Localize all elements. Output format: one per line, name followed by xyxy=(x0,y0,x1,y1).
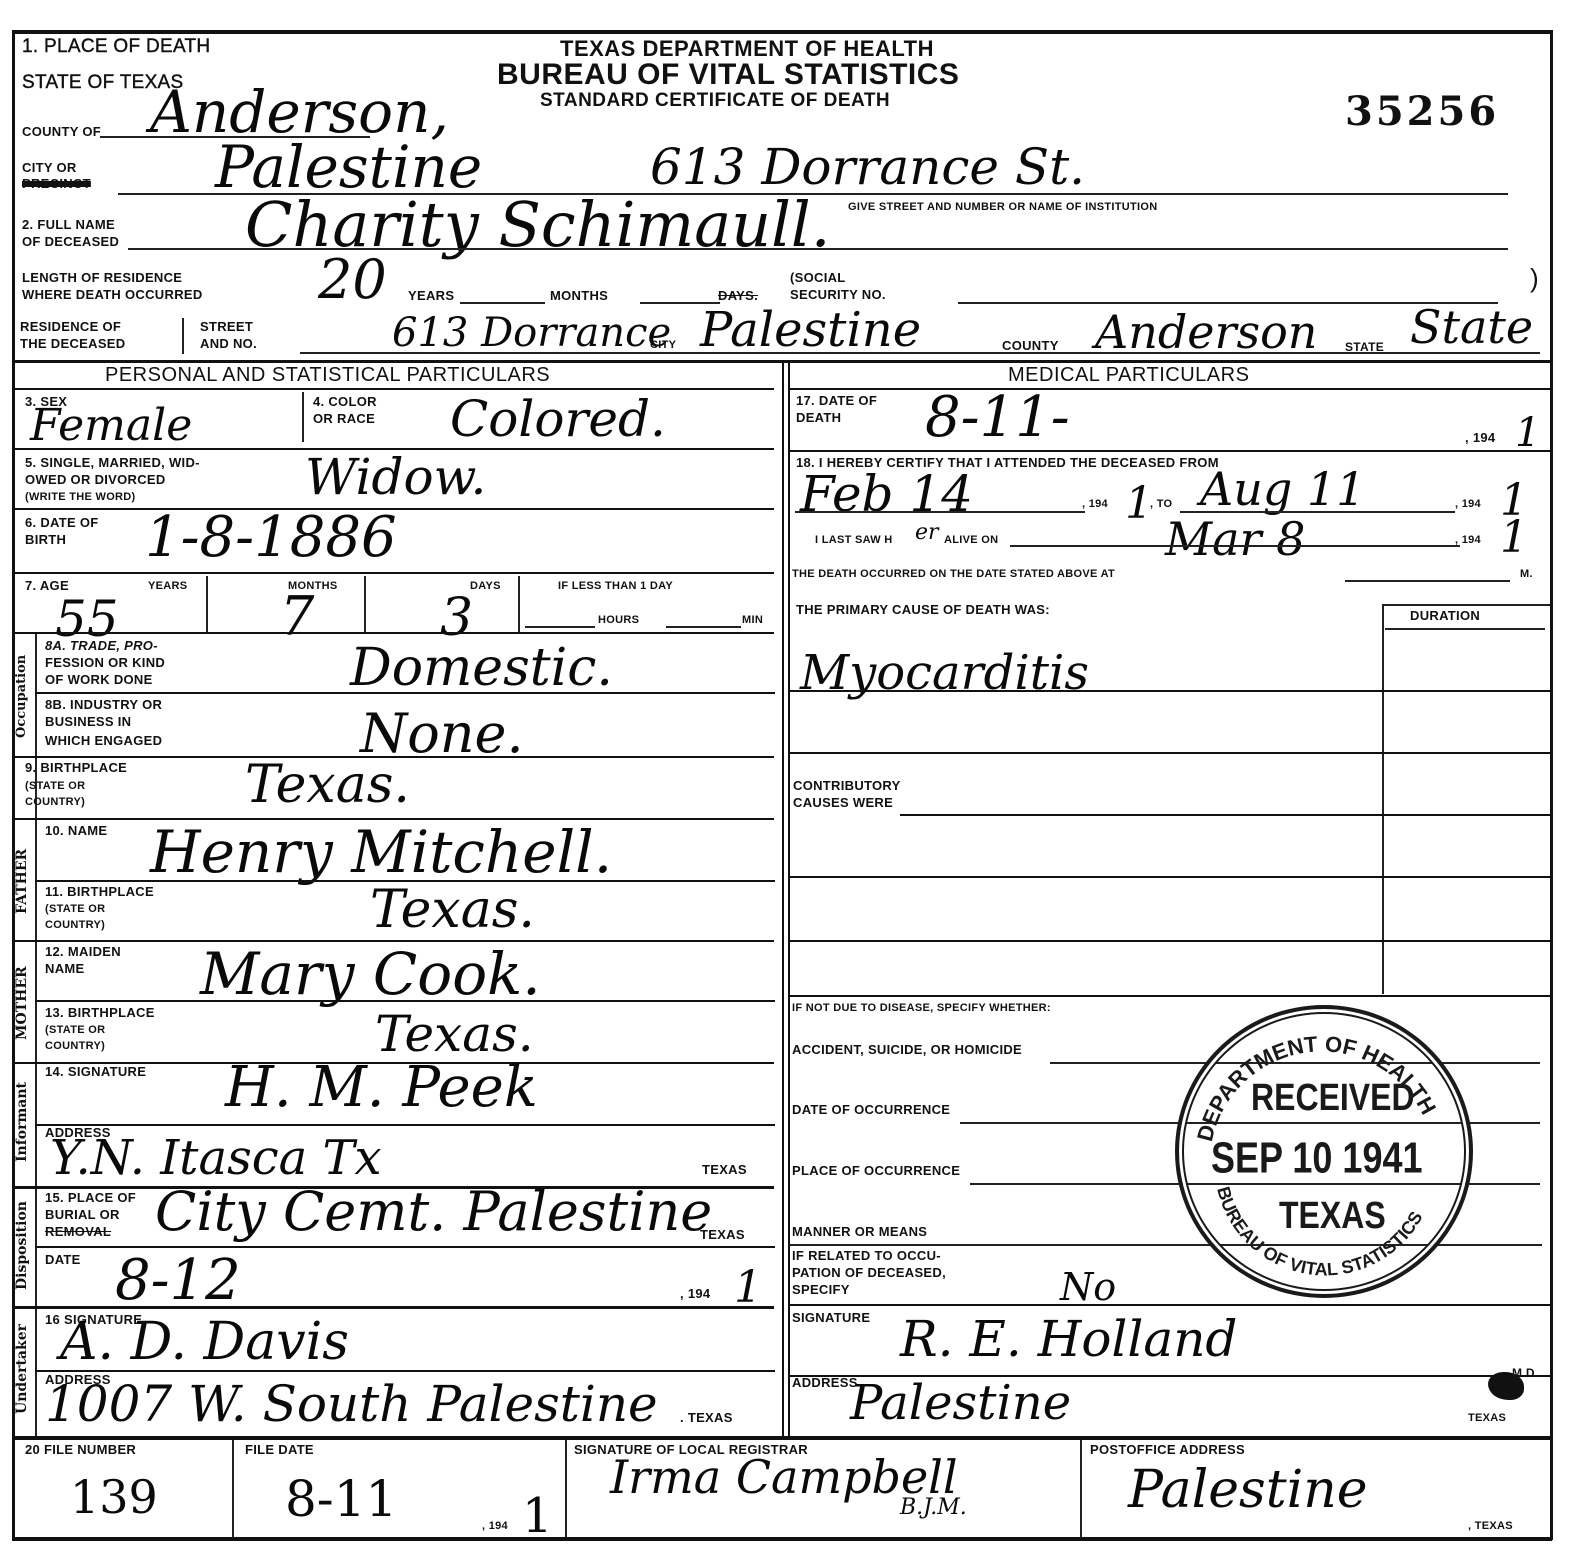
mother-bp-label-3: COUNTRY) xyxy=(45,1040,105,1053)
residence-state-value: State xyxy=(1410,300,1533,354)
file-date-value: 8-11 xyxy=(285,1470,397,1528)
father-bp-label-2: (STATE OR xyxy=(45,903,105,916)
marital-label-3: (WRITE THE WORD) xyxy=(25,491,136,504)
med-line-18 xyxy=(790,450,1550,452)
row-line-8 xyxy=(12,632,774,634)
months-label: MONTHS xyxy=(550,288,608,303)
years-residence-value: 20 xyxy=(318,248,387,311)
ssn-label: (SOCIAL xyxy=(790,270,846,285)
ssn-label-2: SECURITY NO. xyxy=(790,287,886,302)
attended-to: Aug 11 xyxy=(1200,462,1365,516)
footer-divider-2 xyxy=(565,1440,567,1537)
birthplace-label-3: COUNTRY) xyxy=(25,796,85,809)
street-label: STREET xyxy=(200,319,253,334)
race-label: 4. COLOR xyxy=(313,394,377,409)
contributory-label: CONTRIBUTORY xyxy=(793,778,901,793)
father-bp-label: 11. BIRTHPLACE xyxy=(45,884,154,899)
sex-race-divider xyxy=(302,392,304,442)
row-line-7 xyxy=(12,572,774,574)
residence-city-label: CITY xyxy=(650,339,676,352)
cause-line-2 xyxy=(790,752,1550,754)
burial-date-label: DATE xyxy=(45,1252,81,1267)
physician-sig-value: R. E. Holland xyxy=(900,1310,1237,1368)
duration-label: DURATION xyxy=(1410,608,1480,623)
industry-label: 8B. INDUSTRY OR xyxy=(45,697,162,712)
residence-county-value: Anderson xyxy=(1095,305,1317,359)
father-side-label: FATHER xyxy=(14,822,34,940)
row-line-13 xyxy=(35,1000,775,1002)
disposition-side-label: Disposition xyxy=(14,1190,34,1302)
min-line xyxy=(666,626,741,628)
file-number-value: 139 xyxy=(70,1470,158,1524)
attended-from: Feb 14 xyxy=(800,465,973,523)
footer-divider-3 xyxy=(1080,1440,1082,1537)
contributory-label-2: CAUSES WERE xyxy=(793,795,893,810)
stamp-received: RECEIVED xyxy=(1251,1075,1415,1119)
dob-label-2: BIRTH xyxy=(25,532,66,547)
race-value: Colored. xyxy=(450,390,666,448)
cause-line-6 xyxy=(790,995,1550,997)
middle-divider-left xyxy=(782,362,784,1440)
undertaker-sig-value: A. D. Davis xyxy=(60,1312,349,1372)
occupation-side-label: Occupation xyxy=(14,640,34,752)
accident-label: ACCIDENT, SUICIDE, OR HOMICIDE xyxy=(792,1042,1022,1057)
city-label: CITY OR xyxy=(22,160,77,175)
from-year-prefix: , 194 xyxy=(1082,498,1108,511)
father-bp-value: Texas. xyxy=(370,880,535,940)
age-divider-3 xyxy=(518,576,520,632)
file-year-prefix: , 194 xyxy=(482,1520,508,1533)
undertaker-side-label: Undertaker xyxy=(14,1310,34,1428)
not-disease-label: IF NOT DUE TO DISEASE, SPECIFY WHETHER: xyxy=(792,1002,1051,1015)
row-line-14b xyxy=(35,1124,775,1126)
last-saw-year-suffix: 1 xyxy=(1500,512,1528,563)
trade-label-2: FESSION OR KIND xyxy=(45,655,165,670)
primary-cause-value: Myocarditis xyxy=(800,645,1089,701)
dod-label-2: DEATH xyxy=(796,410,841,425)
physician-sig-label: SIGNATURE xyxy=(792,1310,870,1325)
occurred-suffix: M. xyxy=(1520,568,1533,581)
middle-divider-right xyxy=(788,362,790,1440)
last-saw-label: I LAST SAW H xyxy=(815,534,893,547)
to-label: , TO xyxy=(1150,498,1172,511)
dod-year-prefix: , 194 xyxy=(1465,430,1495,445)
burial-label: 15. PLACE OF xyxy=(45,1190,136,1205)
father-bp-label-3: COUNTRY) xyxy=(45,919,105,932)
duration-underline xyxy=(1385,628,1545,630)
med-line-top xyxy=(790,388,1550,390)
manner-label: MANNER OR MEANS xyxy=(792,1224,927,1239)
last-saw-pronoun: er xyxy=(915,520,939,545)
occurred-label: THE DEATH OCCURRED ON THE DATE STATED AB… xyxy=(792,568,1115,581)
trade-label: 8A. TRADE, PRO- xyxy=(45,638,158,653)
place-of-death-label: 1. PLACE OF DEATH xyxy=(22,38,210,55)
residence-divider xyxy=(182,318,184,354)
full-name-label: 2. FULL NAME xyxy=(22,217,115,232)
cause-line-4 xyxy=(790,876,1550,878)
footer-divider-1 xyxy=(232,1440,234,1537)
file-date-label: FILE DATE xyxy=(245,1442,314,1457)
precinct-label: PRECINCT xyxy=(22,176,91,191)
received-stamp: DEPARTMENT OF HEALTH BUREAU OF VITAL STA… xyxy=(1175,1005,1473,1298)
county-label: COUNTY OF xyxy=(22,124,101,139)
days-label: DAYS. xyxy=(718,288,758,303)
burial-year-prefix: , 194 xyxy=(680,1286,710,1301)
residence-county-label: COUNTY xyxy=(1002,338,1059,353)
residence-length-label-2: WHERE DEATH OCCURRED xyxy=(22,287,203,302)
burial-label-3: REMOVAL xyxy=(45,1224,111,1239)
father-name-value: Henry Mitchell. xyxy=(150,818,612,886)
last-saw-line xyxy=(1010,545,1460,547)
residence-label-2: THE DECEASED xyxy=(20,336,125,351)
file-year-suffix: 1 xyxy=(522,1488,553,1544)
ink-blot xyxy=(1488,1372,1524,1400)
related-value: No xyxy=(1060,1265,1116,1309)
last-saw-value: Mar 8 xyxy=(1165,512,1305,566)
last-saw-label-2: ALIVE ON xyxy=(944,534,998,547)
personal-section-title: PERSONAL AND STATISTICAL PARTICULARS xyxy=(105,364,550,387)
related-line xyxy=(790,1304,1550,1306)
duration-divider xyxy=(1382,604,1384,994)
burial-date-value: 8-12 xyxy=(115,1248,241,1313)
stamp-date: SEP 10 1941 xyxy=(1211,1133,1423,1183)
hours-line xyxy=(525,626,595,628)
mother-bp-label-2: (STATE OR xyxy=(45,1024,105,1037)
related-label-3: SPECIFY xyxy=(792,1282,850,1297)
footer-top-line xyxy=(12,1436,1552,1440)
ssn-close: ) xyxy=(1530,270,1539,287)
dod-label: 17. DATE OF xyxy=(796,393,877,408)
burial-state: TEXAS xyxy=(700,1227,745,1242)
dob-label: 6. DATE OF xyxy=(25,515,99,530)
postoffice-value: Palestine xyxy=(1128,1460,1368,1520)
less-than-day-label: IF LESS THAN 1 DAY xyxy=(558,580,673,593)
occurred-line xyxy=(1345,580,1510,582)
to-year-prefix: , 194 xyxy=(1455,498,1481,511)
age-days-label: DAYS xyxy=(470,580,501,593)
birthplace-value: Texas. xyxy=(245,755,410,815)
residence-street-value: 613 Dorrance xyxy=(392,310,671,356)
informant-addr-value: Y.N. Itasca Tx xyxy=(50,1130,382,1186)
burial-label-2: BURIAL OR xyxy=(45,1207,120,1222)
street-label-2: AND NO. xyxy=(200,336,257,351)
date-occurrence-label: DATE OF OCCURRENCE xyxy=(792,1102,950,1117)
certificate-number: 35256 xyxy=(1345,88,1499,135)
burial-value: City Cemt. Palestine xyxy=(155,1180,712,1243)
birthplace-label-2: (STATE OR xyxy=(25,780,85,793)
primary-cause-label: THE PRIMARY CAUSE OF DEATH WAS: xyxy=(796,602,1050,617)
mother-name-label: 12. MAIDEN xyxy=(45,944,121,959)
years-label: YEARS xyxy=(408,288,454,303)
mother-side-label: MOTHER xyxy=(14,944,34,1062)
trade-value: Domestic. xyxy=(350,638,613,698)
related-label-2: PATION OF DECEASED, xyxy=(792,1265,946,1280)
age-years-label: YEARS xyxy=(148,580,187,593)
medical-section-title: MEDICAL PARTICULARS xyxy=(1008,364,1249,387)
birthplace-label: 9. BIRTHPLACE xyxy=(25,760,127,775)
trade-label-3: OF WORK DONE xyxy=(45,672,153,687)
mother-name-value: Mary Cook. xyxy=(200,940,541,1008)
undertaker-addr-state: . TEXAS xyxy=(680,1410,733,1425)
related-label: IF RELATED TO OCCU- xyxy=(792,1248,941,1263)
informant-addr-state: TEXAS xyxy=(702,1162,747,1177)
marital-value: Widow. xyxy=(305,448,486,506)
row-line-16 xyxy=(12,1306,774,1309)
marital-label: 5. SINGLE, MARRIED, WID- xyxy=(25,455,200,470)
residence-state-label: STATE xyxy=(1345,340,1384,355)
cause-line-3 xyxy=(900,814,1550,816)
cause-line-5 xyxy=(790,940,1550,942)
industry-label-3: WHICH ENGAGED xyxy=(45,733,162,748)
years-line xyxy=(460,302,545,304)
residence-city-value: Palestine xyxy=(700,302,921,358)
from-line xyxy=(795,511,1085,513)
street-hint: GIVE STREET AND NUMBER OR NAME OF INSTIT… xyxy=(848,201,1157,214)
place-occurrence-label: PLACE OF OCCURRENCE xyxy=(792,1163,960,1178)
frame-right xyxy=(1550,30,1553,1540)
residence-length-label: LENGTH OF RESIDENCE xyxy=(22,270,182,285)
informant-sig-value: H. M. Peek xyxy=(225,1055,538,1120)
informant-side-label: Informant xyxy=(14,1066,34,1178)
cause-line-1 xyxy=(790,690,1550,692)
bureau-title: BUREAU OF VITAL STATISTICS xyxy=(497,58,959,92)
min-label: MIN xyxy=(742,614,763,627)
full-name-label-2: OF DECEASED xyxy=(22,234,119,249)
form-title: STANDARD CERTIFICATE OF DEATH xyxy=(540,90,890,112)
frame-bottom xyxy=(12,1537,1552,1541)
last-saw-year-prefix: , 194 xyxy=(1455,534,1481,547)
dod-value: 8-11- xyxy=(925,385,1070,450)
duration-top-line xyxy=(1382,604,1550,606)
sex-value: Female xyxy=(30,400,192,451)
age-divider-2 xyxy=(364,576,366,632)
row-line-16b xyxy=(35,1370,775,1372)
frame-top xyxy=(12,30,1552,34)
side-divider xyxy=(35,634,37,1439)
mother-bp-label: 13. BIRTHPLACE xyxy=(45,1005,155,1020)
postoffice-label: POSTOFFICE ADDRESS xyxy=(1090,1442,1245,1457)
informant-sig-label: 14. SIGNATURE xyxy=(45,1064,146,1079)
residence-label: RESIDENCE OF xyxy=(20,319,121,334)
row-line-8b xyxy=(35,692,775,694)
registrar-initials: B.J.M. xyxy=(900,1495,967,1520)
file-number-label: 20 FILE NUMBER xyxy=(25,1442,136,1457)
hours-label: HOURS xyxy=(598,614,639,627)
undertaker-addr-value: 1007 W. South Palestine xyxy=(45,1375,658,1433)
age-months-value: 7 xyxy=(280,585,314,648)
age-divider-1 xyxy=(206,576,208,632)
physician-addr-state: TEXAS xyxy=(1468,1412,1506,1425)
from-year-suffix: 1 xyxy=(1125,478,1153,529)
industry-label-2: BUSINESS IN xyxy=(45,714,131,729)
dob-value: 1-8-1886 xyxy=(145,505,397,570)
mother-name-label-2: NAME xyxy=(45,961,84,976)
father-name-label: 10. NAME xyxy=(45,823,107,838)
physician-addr-label: ADDRESS xyxy=(792,1375,858,1390)
stamp-state: TEXAS xyxy=(1279,1193,1386,1237)
physician-addr-value: Palestine xyxy=(850,1375,1071,1431)
race-label-2: OR RACE xyxy=(313,411,375,426)
marital-label-2: OWED OR DIVORCED xyxy=(25,472,166,487)
postoffice-state: , TEXAS xyxy=(1468,1520,1513,1533)
